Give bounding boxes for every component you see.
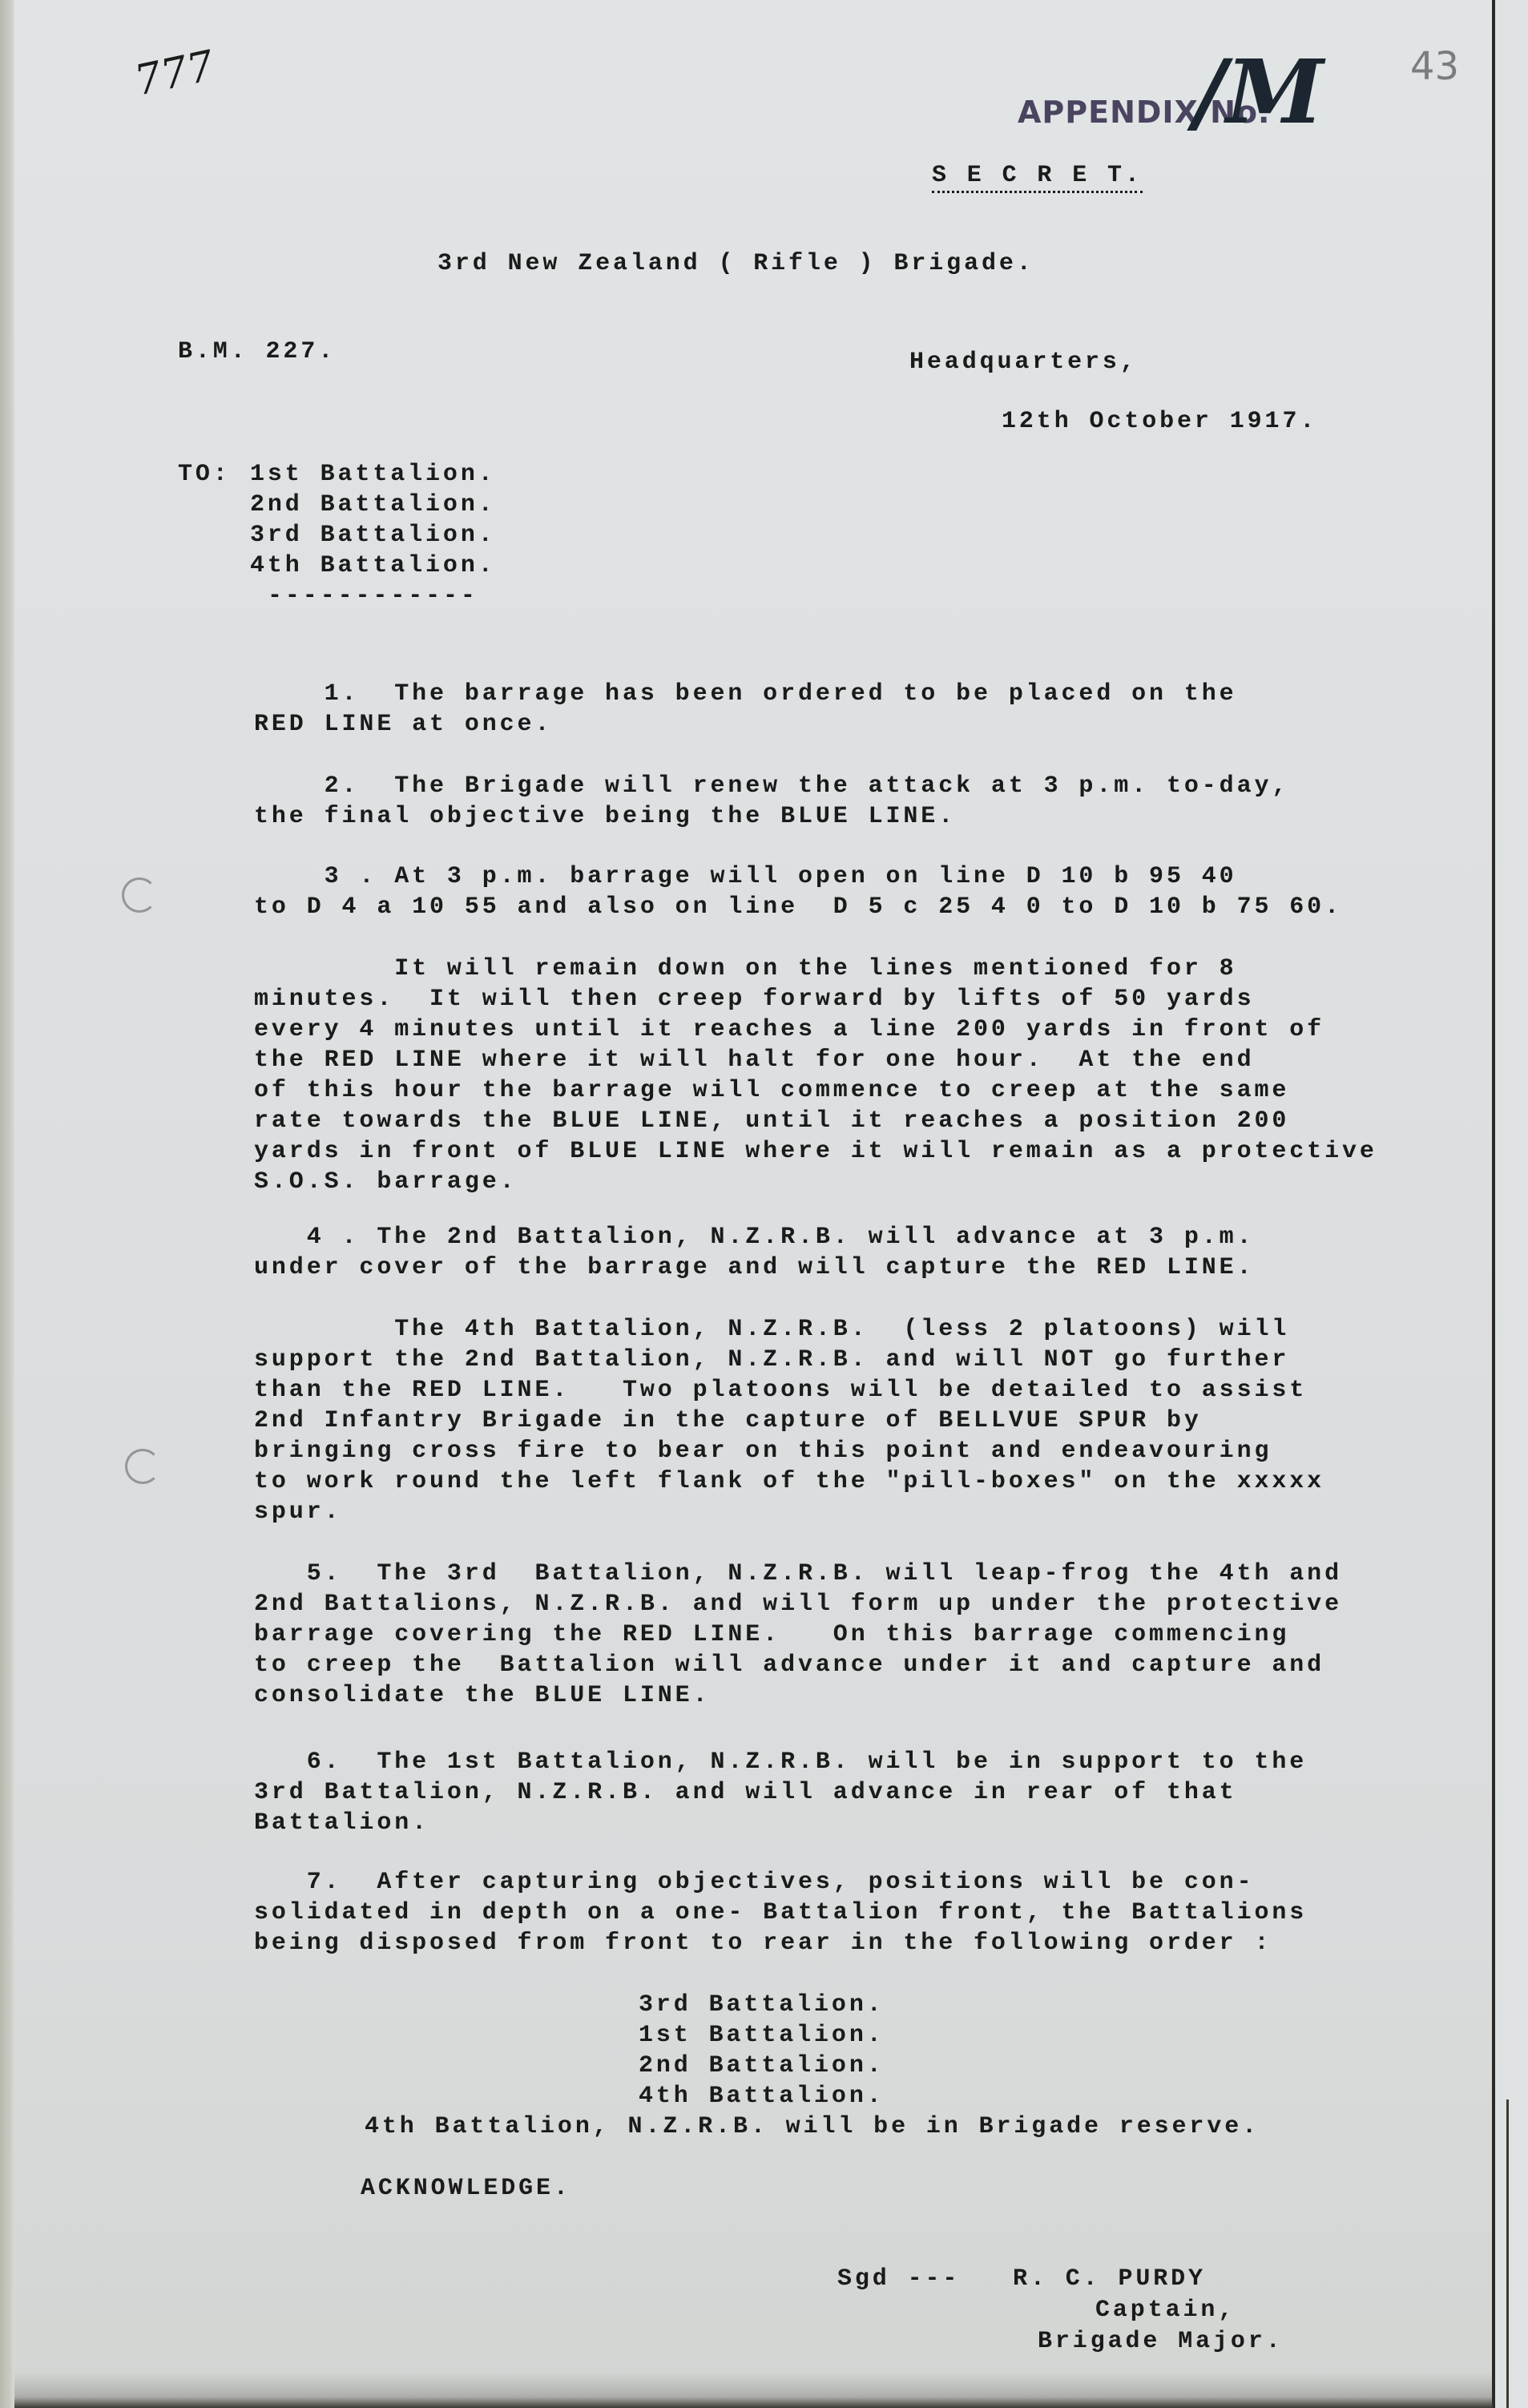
- paragraph-line: than the RED LINE. Two platoons will be …: [254, 1375, 1307, 1406]
- order-list-item: 1st Battalion.: [639, 2020, 885, 2051]
- paragraph-line: 2nd Infantry Brigade in the capture of B…: [254, 1406, 1202, 1436]
- acknowledge-instruction: ACKNOWLEDGE.: [361, 2173, 571, 2204]
- paragraph-line: 5. The 3rd Battalion, N.Z.R.B. will leap…: [254, 1559, 1342, 1589]
- underlying-page: [1495, 0, 1528, 2408]
- paragraph-line: 6. The 1st Battalion, N.Z.R.B. will be i…: [254, 1747, 1307, 1777]
- paragraph-line: being disposed from front to rear in the…: [254, 1928, 1272, 1958]
- order-list-item: 3rd Battalion.: [639, 1990, 885, 2020]
- order-list-item: 4th Battalion.: [639, 2081, 885, 2112]
- paragraph-line: consolidate the BLUE LINE.: [254, 1680, 710, 1711]
- appendix-number-handwritten: /M: [1194, 40, 1324, 143]
- signature-name: Sgd --- R. C. PURDY: [837, 2264, 1206, 2294]
- paragraph-line: yards in front of BLUE LINE where it wil…: [254, 1136, 1377, 1167]
- signature-rank: Captain,: [1095, 2295, 1236, 2325]
- paragraph-line: 3rd Battalion, N.Z.R.B. and will advance…: [254, 1777, 1237, 1808]
- unit-heading: 3rd New Zealand ( Rifle ) Brigade.: [437, 248, 1034, 279]
- addressee-item: 1st Battalion.: [250, 459, 496, 490]
- paragraph-line: to D 4 a 10 55 and also on line D 5 c 25…: [254, 892, 1342, 922]
- paragraph-line: spur.: [254, 1497, 342, 1527]
- reserve-note: 4th Battalion, N.Z.R.B. will be in Briga…: [365, 2112, 1260, 2142]
- paragraph-line: It will remain down on the lines mention…: [254, 954, 1237, 984]
- addressee-label: TO:: [178, 459, 231, 490]
- page-number: 43: [1410, 44, 1459, 89]
- paragraph-line: S.O.S. barrage.: [254, 1167, 518, 1197]
- paragraph-line: minutes. It will then creep forward by l…: [254, 984, 1254, 1014]
- paragraph-line: The 4th Battalion, N.Z.R.B. (less 2 plat…: [254, 1314, 1289, 1345]
- underlying-page-edge: [1506, 2099, 1509, 2408]
- paragraph-line: of this hour the barrage will commence t…: [254, 1075, 1289, 1106]
- paragraph-line: rate towards the BLUE LINE, until it rea…: [254, 1106, 1289, 1136]
- paragraph-line: 4 . The 2nd Battalion, N.Z.R.B. will adv…: [254, 1222, 1254, 1252]
- paragraph-line: 2nd Battalions, N.Z.R.B. and will form u…: [254, 1589, 1342, 1619]
- paragraph-line: bringing cross fire to bear on this poin…: [254, 1436, 1272, 1466]
- binding-strip: [0, 0, 14, 2408]
- paragraph-line: every 4 minutes until it reaches a line …: [254, 1014, 1324, 1045]
- addressee-item: 3rd Battalion.: [250, 520, 496, 551]
- paragraph-line: the RED LINE where it will halt for one …: [254, 1045, 1254, 1075]
- paragraph-line: 7. After capturing objectives, positions…: [254, 1867, 1254, 1898]
- paragraph-line: to creep the Battalion will advance unde…: [254, 1650, 1324, 1680]
- paragraph-line: 3 . At 3 p.m. barrage will open on line …: [254, 861, 1237, 892]
- reference-number: B.M. 227.: [178, 337, 336, 367]
- paragraph-line: Battalion.: [254, 1808, 429, 1838]
- addressee-rule: ------------: [268, 581, 478, 611]
- paragraph-line: to work round the left flank of the "pil…: [254, 1466, 1324, 1497]
- paragraph-line: support the 2nd Battalion, N.Z.R.B. and …: [254, 1345, 1289, 1375]
- signature-appointment: Brigade Major.: [1038, 2326, 1284, 2357]
- paragraph-line: the final objective being the BLUE LINE.: [254, 801, 956, 832]
- order-list-item: 2nd Battalion.: [639, 2051, 885, 2081]
- punch-hole-mark-icon: [125, 1449, 160, 1484]
- bottom-shadow: [14, 2372, 1493, 2408]
- addressee-item: 4th Battalion.: [250, 551, 496, 581]
- date: 12th October 1917.: [1002, 406, 1317, 437]
- paragraph-line: RED LINE at once.: [254, 709, 552, 740]
- addressee-item: 2nd Battalion.: [250, 490, 496, 520]
- paragraph-line: under cover of the barrage and will capt…: [254, 1252, 1254, 1283]
- paragraph-line: barrage covering the RED LINE. On this b…: [254, 1619, 1289, 1650]
- paragraph-line: 1. The barrage has been ordered to be pl…: [254, 679, 1237, 709]
- classification-heading: S E C R E T.: [932, 160, 1143, 193]
- location: Headquarters,: [909, 347, 1138, 377]
- paragraph-line: 2. The Brigade will renew the attack at …: [254, 771, 1289, 801]
- paragraph-line: solidated in depth on a one- Battalion f…: [254, 1898, 1307, 1928]
- punch-hole-mark-icon: [122, 877, 157, 913]
